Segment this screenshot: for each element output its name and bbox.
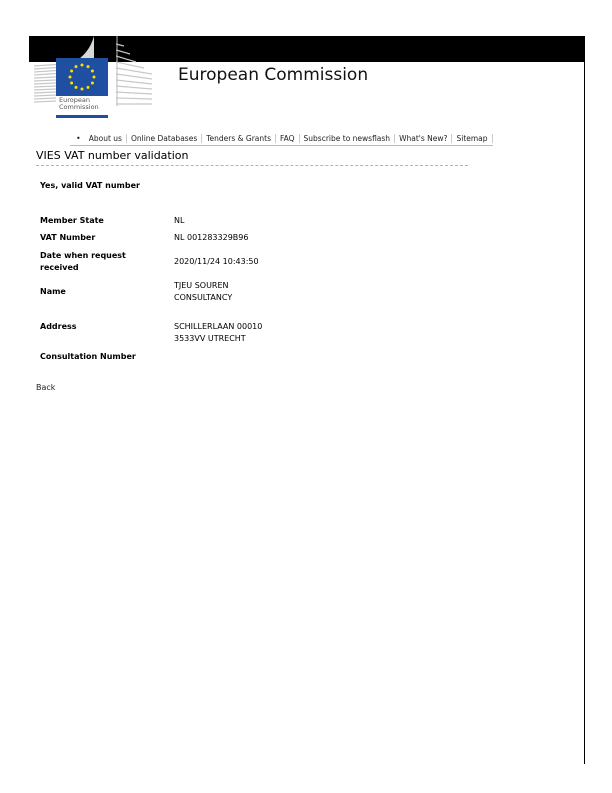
top-navigation: • About us Online Databases Tenders & Gr… bbox=[70, 131, 493, 146]
site-title: European Commission bbox=[178, 65, 368, 85]
field-value-line2: 3533VV UTRECHT bbox=[174, 333, 374, 345]
field-label: Address bbox=[40, 321, 160, 333]
nav-online-databases[interactable]: Online Databases bbox=[126, 134, 201, 143]
field-value: TJEU SOUREN CONSULTANCY bbox=[174, 280, 374, 304]
nav-subscribe-newsflash[interactable]: Subscribe to newsflash bbox=[299, 134, 395, 143]
page-right-border bbox=[584, 36, 585, 764]
field-value-line1: SCHILLERLAAN 00010 bbox=[174, 321, 374, 333]
logo-underline bbox=[56, 115, 108, 118]
field-label: Date when request received bbox=[40, 250, 160, 274]
field-value: NL 001283329B96 bbox=[174, 232, 374, 244]
eu-flag-icon bbox=[56, 58, 108, 96]
berlaymont-building-right-icon bbox=[116, 36, 152, 106]
logo-caption-line2: Commission bbox=[59, 104, 99, 111]
nav-tenders-grants[interactable]: Tenders & Grants bbox=[201, 134, 275, 143]
nav-sitemap[interactable]: Sitemap bbox=[451, 134, 492, 143]
nav-faq[interactable]: FAQ bbox=[275, 134, 299, 143]
field-value: NL bbox=[174, 215, 374, 227]
nav-whats-new[interactable]: What's New? bbox=[394, 134, 451, 143]
validation-result: Yes, valid VAT number bbox=[40, 181, 140, 190]
title-separator bbox=[36, 165, 468, 166]
bullet-icon: • bbox=[76, 134, 81, 143]
field-value-line1: TJEU SOUREN bbox=[174, 280, 374, 292]
field-value: 2020/11/24 10:43:50 bbox=[174, 256, 374, 268]
field-label: Consultation Number bbox=[40, 351, 180, 363]
field-label: Name bbox=[40, 286, 160, 298]
back-link[interactable]: Back bbox=[36, 383, 55, 392]
nav-about-us[interactable]: About us bbox=[89, 134, 126, 143]
logo-caption: European Commission bbox=[59, 97, 99, 111]
field-value-line2: CONSULTANCY bbox=[174, 292, 374, 304]
field-label: VAT Number bbox=[40, 232, 160, 244]
page-title: VIES VAT number validation bbox=[36, 149, 189, 162]
european-commission-logo[interactable]: European Commission bbox=[34, 36, 152, 118]
field-label: Member State bbox=[40, 215, 160, 227]
field-value: SCHILLERLAAN 00010 3533VV UTRECHT bbox=[174, 321, 374, 345]
